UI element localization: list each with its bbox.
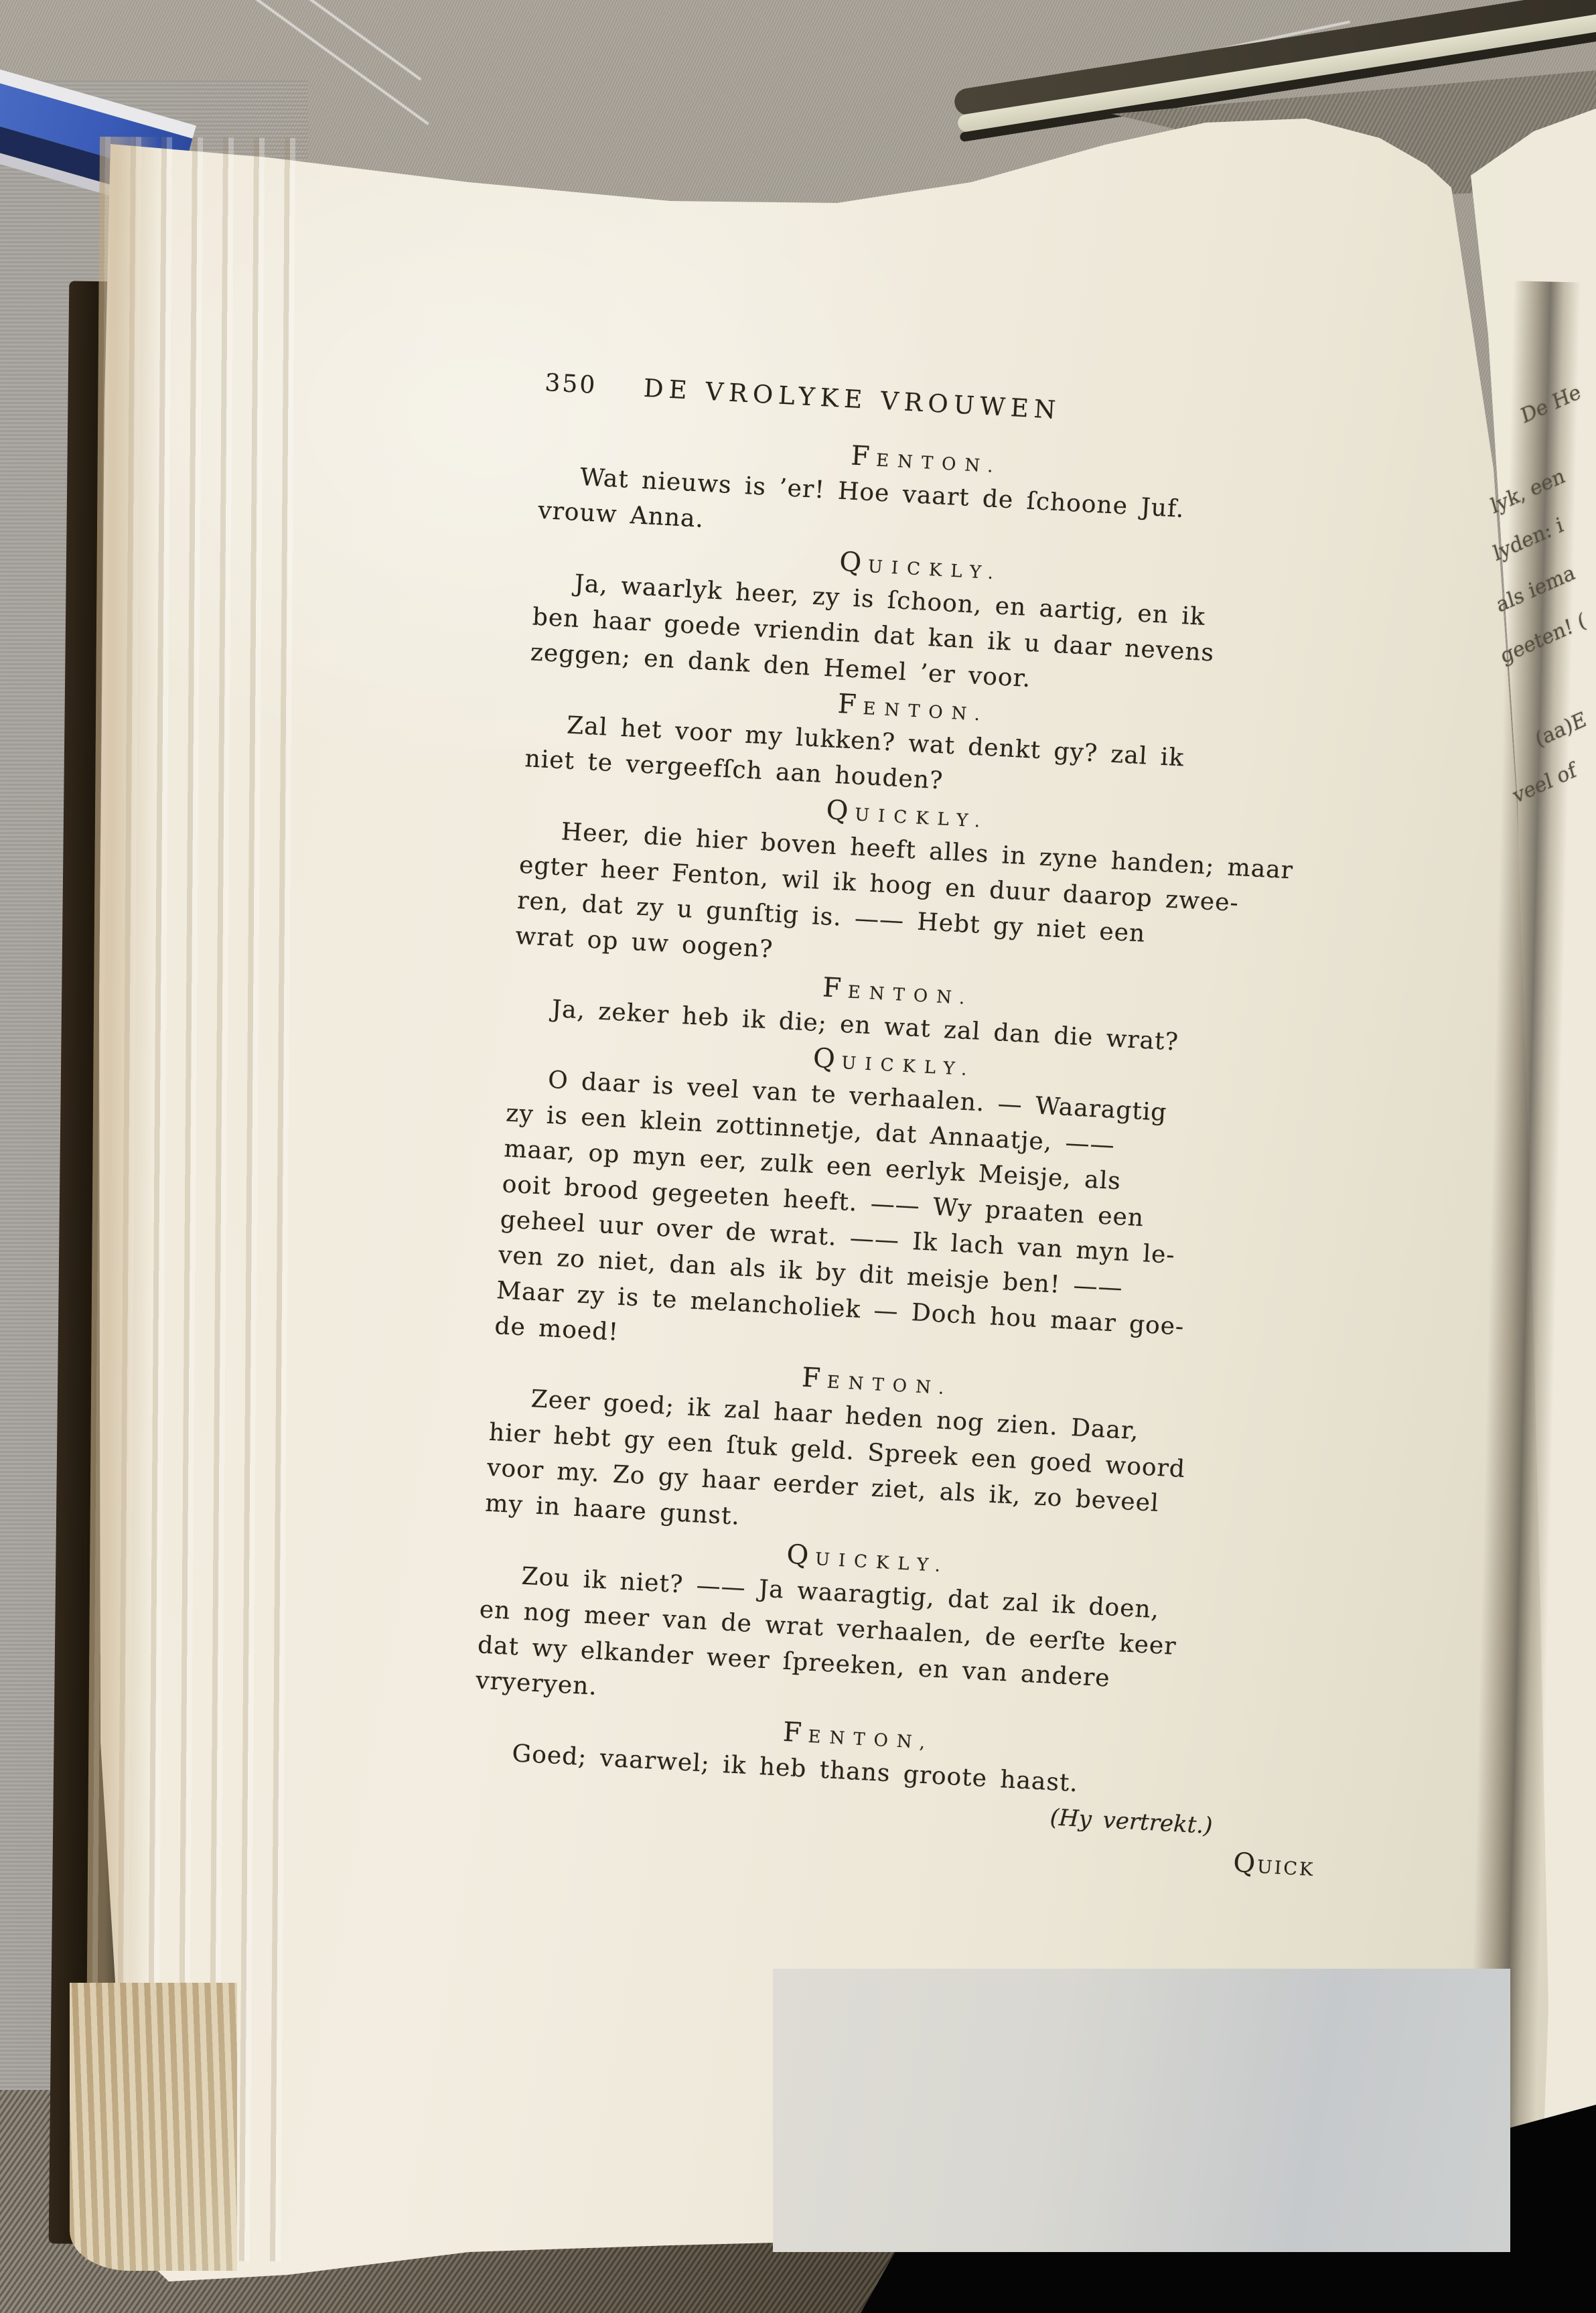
page-number: 350	[544, 365, 597, 403]
photo-of-open-book: 350 DE VROLYKE VROUWEN FENTON. Wat nieuw…	[0, 0, 1596, 2313]
blank-overlay-patch	[773, 1969, 1510, 2252]
page-stack-fore-edge	[85, 137, 307, 2261]
page-stack-corner	[70, 1983, 237, 2271]
page-text: 350 DE VROLYKE VROUWEN FENTON. Wat nieuw…	[467, 365, 1402, 1886]
